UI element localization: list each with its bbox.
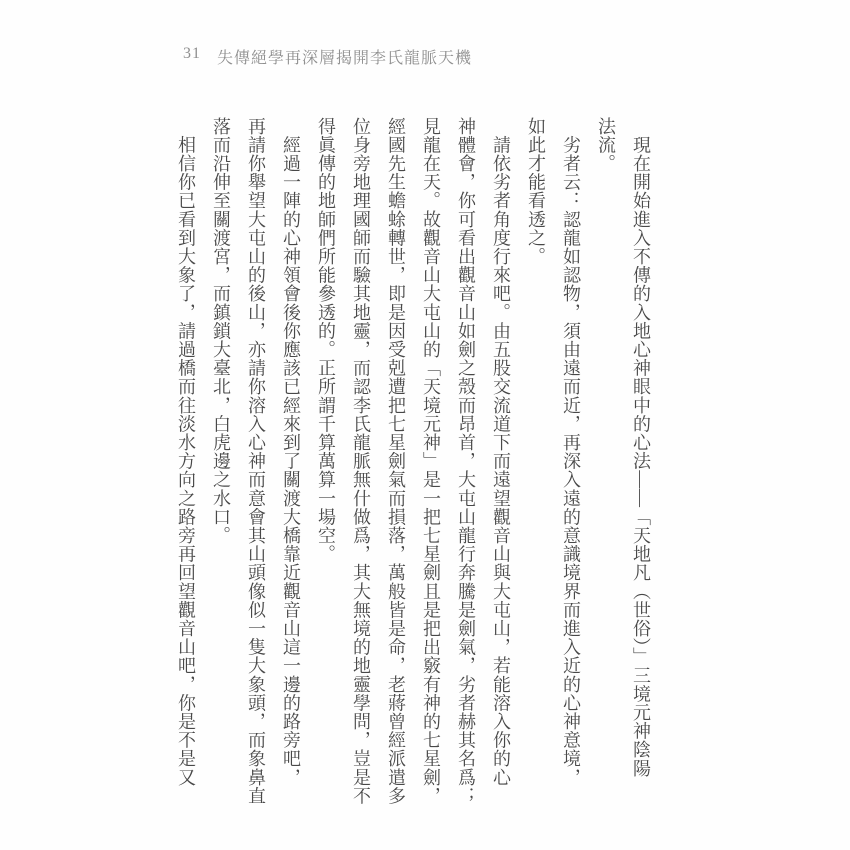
- text-column: 劣者云：認龍如認物，須由遠而近，再深入遠的意識境界而進入近的心神意境，: [562, 117, 580, 787]
- text-column: 法流。: [597, 117, 615, 173]
- text-column: 再請你舉望大屯山的後山，亦請你溶入心神而意會其山頭像似一隻大象頭，而象鼻直: [247, 117, 265, 805]
- text-column: 落而沿伸至關渡宮，而鎮鎖大臺北，白虎邊之水口。: [212, 117, 230, 545]
- text-column: 神體會，你可看出觀音山如劍之殼而昂首，大屯山龍行奔騰是劍氣，劣者赫其名爲；: [457, 117, 475, 805]
- running-header: 31 失傳絕學再深層揭開李氏龍脈天機: [183, 45, 472, 68]
- text-column: 位身旁地理國師而驗其地靈，而認李氏龍脈無什做爲，其大無境的地靈學問，豈是不: [352, 117, 370, 805]
- text-column: 經國先生蟾蜍轉世，即是因受剋遭把七星劍氣而損落，萬般皆是命，老蔣曾經派遣多: [387, 117, 405, 805]
- page-number: 31: [183, 45, 201, 63]
- text-column: 如此才能看透之。: [527, 117, 545, 266]
- book-page: 31 失傳絕學再深層揭開李氏龍脈天機 現在開始進入不傳的入地心神眼中的心法——「…: [0, 0, 850, 850]
- chapter-title: 失傳絕學再深層揭開李氏龍脈天機: [217, 45, 472, 68]
- text-column: 現在開始進入不傳的入地心神眼中的心法——「天地凡（世俗）」三境元神陰陽: [632, 117, 650, 778]
- text-column: 見龍在天。故觀音山大屯山的「天境元神」是一把七星劍且是把出竅有神的七星劍，: [422, 117, 440, 805]
- text-column: 得眞傳的地師們所能參透的。正所謂千算萬算一場空。: [317, 117, 335, 563]
- text-column: 相信你已看到大象了，請過橋而往淡水方向之路旁再回望觀音山吧，你是不是又: [177, 117, 195, 787]
- text-column: 請依劣者角度行來吧。由五股交流道下而遠望觀音山與大屯山，若能溶入你的心: [492, 117, 510, 787]
- text-column: 經過一陣的心神領會後你應該已經來到了關渡大橋靠近觀音山這一邊的路旁吧，: [282, 117, 300, 787]
- body-text: 現在開始進入不傳的入地心神眼中的心法——「天地凡（世俗）」三境元神陰陽 法流。 …: [177, 117, 650, 793]
